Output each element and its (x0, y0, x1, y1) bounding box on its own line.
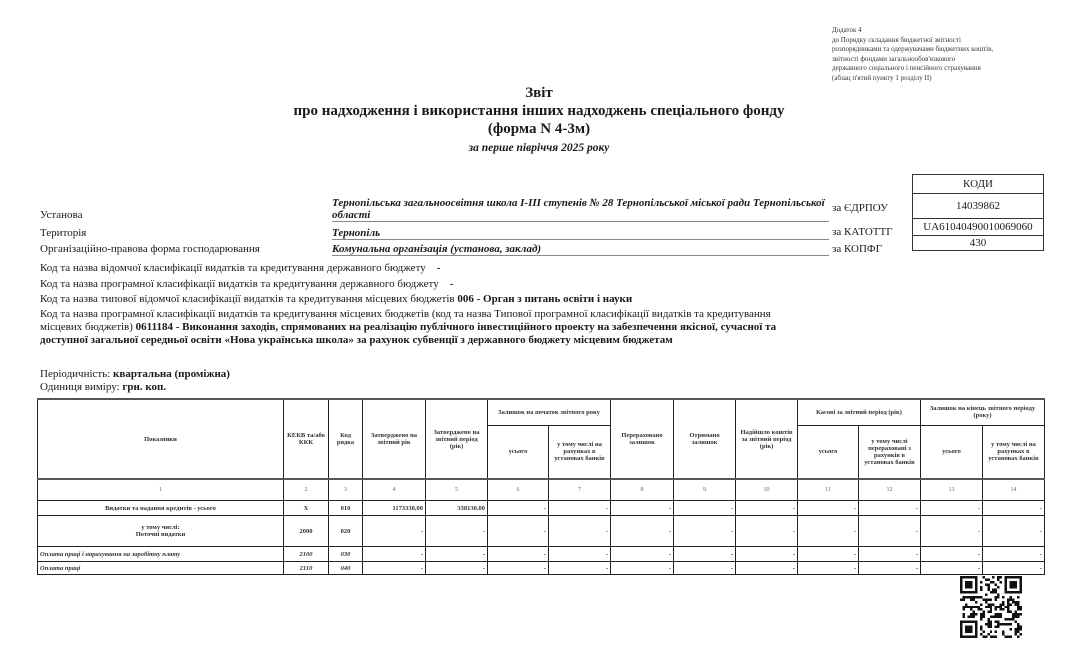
table-cell: Оплата праці (38, 562, 284, 575)
header-cash-banks: у тому числі перераховані з рахунків в у… (859, 425, 921, 479)
report-form-number: (форма N 4-3м) (0, 120, 1070, 138)
table-cell: - (921, 547, 983, 562)
report-period: за перше півріччя 2025 року (0, 142, 1070, 154)
table-cell: - (611, 516, 674, 547)
column-numbers-row: 1234567891011121314 (38, 479, 1045, 501)
legal-form-label: Організаційно-правова форма господарюван… (40, 243, 260, 255)
column-number: 6 (488, 479, 549, 501)
header-kekv: КЕКВ та/або ККК (284, 399, 329, 479)
institution-label: Установа (40, 209, 83, 221)
report-title-subject: про надходження і використання інших над… (0, 102, 1070, 120)
periodicity: Періодичність: квартальна (проміжна) (40, 368, 810, 381)
table-cell: 020 (329, 516, 363, 547)
table-cell: - (798, 516, 859, 547)
classification-3: Код та назва типової відомчої класифікац… (40, 293, 810, 306)
table-cell: - (549, 547, 611, 562)
column-number: 12 (859, 479, 921, 501)
table-cell: 2000 (284, 516, 329, 547)
table-cell: у тому числі: Поточні видатки (38, 516, 284, 547)
table-row: Видатки та надання кредитів - усьогоX010… (38, 501, 1045, 516)
kopfg-label: за КОПФГ (832, 243, 882, 255)
header-balance-end-total: усього (921, 425, 983, 479)
table-cell: - (983, 516, 1045, 547)
header-cash-total: усього (798, 425, 859, 479)
table-cell: - (798, 562, 859, 575)
header-approved-period: Затверджено на звітний період (рік) (426, 399, 488, 479)
table-cell: - (363, 562, 426, 575)
column-number: 4 (363, 479, 426, 501)
table-cell: 2100 (284, 547, 329, 562)
table-cell: - (426, 547, 488, 562)
table-cell: - (674, 501, 736, 516)
table-cell: - (859, 547, 921, 562)
table-cell: - (674, 516, 736, 547)
header-balance-start-banks: у тому числі на рахунках в установах бан… (549, 425, 611, 479)
table-cell: 1173330,00 (363, 501, 426, 516)
annex-note: Додаток 4 до Порядку складання бюджетної… (832, 26, 993, 84)
edrpou-label: за ЄДРПОУ (832, 202, 888, 214)
header-approved-year: Затверджено на звітний рік (363, 399, 426, 479)
table-row: у тому числі: Поточні видатки2000020----… (38, 516, 1045, 547)
table-cell: - (363, 547, 426, 562)
header-income: Надійшло коштів за звітний період (рік) (736, 399, 798, 479)
institution-value: Тернопільська загальноосвітня школа I-II… (332, 197, 829, 222)
table-cell: - (798, 547, 859, 562)
table-cell: 040 (329, 562, 363, 575)
header-indicators: Показники (38, 399, 284, 479)
codes-table: КОДИ 14039862 UA61040490010069060 430 (912, 174, 1044, 251)
column-number: 11 (798, 479, 859, 501)
column-number: 1 (38, 479, 284, 501)
table-cell: - (549, 501, 611, 516)
table-cell: - (611, 562, 674, 575)
territory-label: Територія (40, 227, 86, 239)
classification-4: Код та назва програмної класифікації вид… (40, 308, 800, 347)
header-received: Отримано залишок (674, 399, 736, 479)
katottg-code: UA61040490010069060 (913, 219, 1044, 236)
classification-1: Код та назва відомчої класифікації видат… (40, 262, 810, 275)
table-cell: - (859, 562, 921, 575)
table-cell: - (983, 562, 1045, 575)
table-cell: - (859, 516, 921, 547)
report-table: Показники КЕКВ та/або ККК Код рядка Затв… (37, 398, 1045, 575)
table-cell: - (488, 501, 549, 516)
column-number: 7 (549, 479, 611, 501)
table-cell: - (921, 501, 983, 516)
column-number: 3 (329, 479, 363, 501)
table-cell: - (549, 562, 611, 575)
table-cell: - (611, 547, 674, 562)
table-cell: - (736, 501, 798, 516)
header-balance-end: Залишок на кінець звітного періоду (року… (921, 399, 1045, 425)
table-cell: 010 (329, 501, 363, 516)
kopfg-code: 430 (913, 236, 1044, 251)
katottg-label: за КАТОТТГ (832, 226, 893, 238)
unit: Одиниця виміру: грн. коп. (40, 381, 810, 394)
table-cell: - (426, 562, 488, 575)
column-number: 9 (674, 479, 736, 501)
table-cell: - (611, 501, 674, 516)
header-balance-end-banks: у тому числі на рахунках в установах бан… (983, 425, 1045, 479)
table-cell: 338130,00 (426, 501, 488, 516)
column-number: 13 (921, 479, 983, 501)
table-cell: - (983, 501, 1045, 516)
table-cell: - (921, 562, 983, 575)
table-cell: - (736, 516, 798, 547)
table-cell: - (426, 516, 488, 547)
edrpou-code: 14039862 (913, 194, 1044, 219)
table-cell: - (859, 501, 921, 516)
column-number: 8 (611, 479, 674, 501)
table-cell: - (736, 562, 798, 575)
table-cell: - (798, 501, 859, 516)
table-cell: - (549, 516, 611, 547)
classification-2: Код та назва програмної класифікації вид… (40, 278, 810, 291)
column-number: 10 (736, 479, 798, 501)
table-cell: Видатки та надання кредитів - усього (38, 501, 284, 516)
header-transferred: Перераховано залишок (611, 399, 674, 479)
table-cell: - (921, 516, 983, 547)
table-cell: 2110 (284, 562, 329, 575)
column-number: 2 (284, 479, 329, 501)
qr-code (960, 576, 1022, 638)
table-cell: Оплата праці і нарахування на заробітну … (38, 547, 284, 562)
territory-value: Тернопіль (332, 227, 829, 240)
column-number: 14 (983, 479, 1045, 501)
table-row: Оплата праці і нарахування на заробітну … (38, 547, 1045, 562)
table-cell: - (736, 547, 798, 562)
table-cell: X (284, 501, 329, 516)
table-cell: - (488, 516, 549, 547)
header-balance-start-total: усього (488, 425, 549, 479)
codes-header: КОДИ (913, 175, 1044, 194)
legal-form-value: Комунальна організація (установа, заклад… (332, 243, 829, 256)
table-cell: - (983, 547, 1045, 562)
table-cell: 030 (329, 547, 363, 562)
table-cell: - (363, 516, 426, 547)
table-row: Оплата праці2110040----------- (38, 562, 1045, 575)
header-row-code: Код рядка (329, 399, 363, 479)
table-cell: - (488, 562, 549, 575)
header-cash: Касові за звітний період (рік) (798, 399, 921, 425)
table-cell: - (674, 547, 736, 562)
table-cell: - (488, 547, 549, 562)
header-balance-start: Залишок на початок звітного року (488, 399, 611, 425)
column-number: 5 (426, 479, 488, 501)
report-title: Звіт (0, 84, 1070, 102)
table-cell: - (674, 562, 736, 575)
